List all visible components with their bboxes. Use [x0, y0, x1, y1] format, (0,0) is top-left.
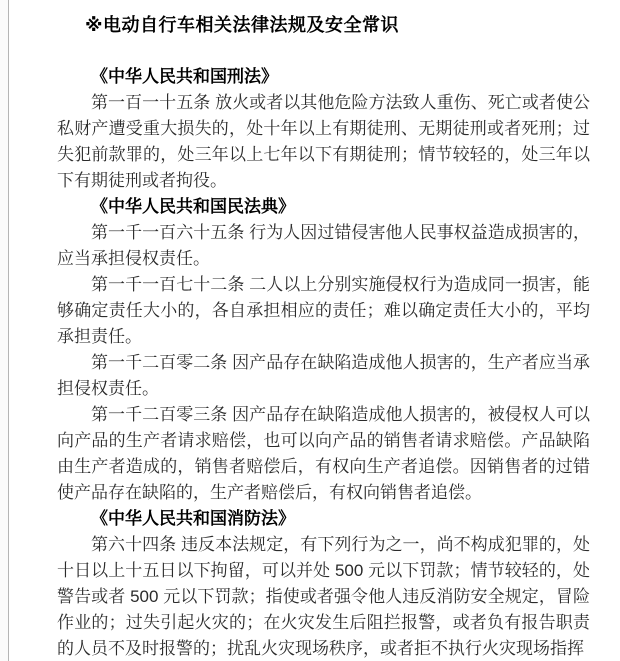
document-page: ※电动自行车相关法律法规及安全常识 《中华人民共和国刑法》 第一百一十五条 放火… — [0, 0, 620, 661]
law-paragraph-article-1172: 第一千一百七十二条 二人以上分别实施侵权行为造成同一损害，能够确定责任大小的，各… — [57, 272, 590, 350]
section-criminal-law: 《中华人民共和国刑法》 第一百一十五条 放火或者以其他危险方法致人重伤、死亡或者… — [57, 64, 590, 194]
page-margin-strip — [0, 0, 8, 661]
page-left-border — [8, 0, 9, 661]
law-paragraph-article-115: 第一百一十五条 放火或者以其他危险方法致人重伤、死亡或者使公私财产遭受重大损失的… — [57, 90, 590, 194]
law-paragraph-article-1202: 第一千二百零二条 因产品存在缺陷造成他人损害的，生产者应当承担侵权责任。 — [57, 350, 590, 402]
law-paragraph-article-1165: 第一千一百六十五条 行为人因过错侵害他人民事权益造成损害的，应当承担侵权责任。 — [57, 220, 590, 272]
section-heading-fire-protection-law: 《中华人民共和国消防法》 — [57, 506, 590, 532]
section-civil-code: 《中华人民共和国民法典》 第一千一百六十五条 行为人因过错侵害他人民事权益造成损… — [57, 194, 590, 506]
document-content: ※电动自行车相关法律法规及安全常识 《中华人民共和国刑法》 第一百一十五条 放火… — [57, 0, 590, 661]
law-paragraph-article-64: 第六十四条 违反本法规定，有下列行为之一，尚不构成犯罪的，处十日以上十五日以下拘… — [57, 532, 590, 661]
law-paragraph-article-1203: 第一千二百零三条 因产品存在缺陷造成他人损害的，被侵权人可以向产品的生产者请求赔… — [57, 402, 590, 506]
document-title: ※电动自行车相关法律法规及安全常识 — [57, 14, 590, 36]
section-heading-criminal-law: 《中华人民共和国刑法》 — [57, 64, 590, 90]
section-fire-protection-law: 《中华人民共和国消防法》 第六十四条 违反本法规定，有下列行为之一，尚不构成犯罪… — [57, 506, 590, 661]
section-heading-civil-code: 《中华人民共和国民法典》 — [57, 194, 590, 220]
